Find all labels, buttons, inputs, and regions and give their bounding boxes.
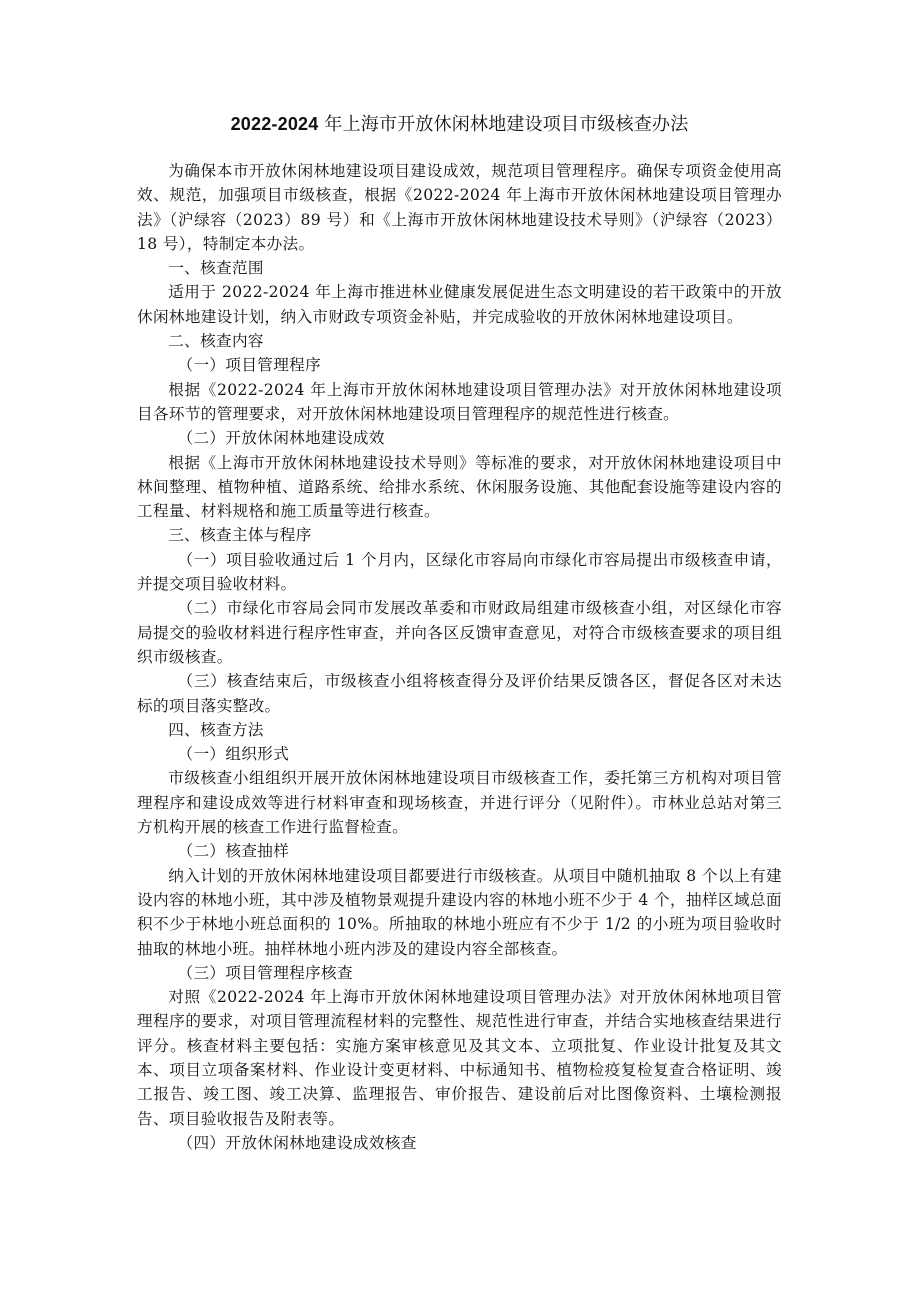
subsection-heading: （一）项目管理程序 (137, 353, 782, 377)
section-method: 四、核查方法 （一）组织形式 市级核查小组组织开展开放休闲林地建设项目市级核查工… (137, 718, 782, 1155)
section-scope: 一、核查范围 适用于 2022-2024 年上海市推进林业健康发展促进生态文明建… (137, 256, 782, 329)
intro-paragraph: 为确保本市开放休闲林地建设项目建设成效，规范项目管理程序。确保专项资金使用高效、… (137, 159, 782, 256)
title-text: 年上海市开放休闲林地建设项目市级核查办法 (318, 114, 688, 135)
section-procedure: 三、核查主体与程序 （一）项目验收通过后 1 个月内，区绿化市容局向市绿化市容局… (137, 523, 782, 717)
section-heading: 三、核查主体与程序 (137, 523, 782, 547)
section-heading: 二、核查内容 (137, 329, 782, 353)
subsection-paragraph: 纳入计划的开放休闲林地建设项目都要进行市级核查。从项目中随机抽取 8 个以上有建… (137, 864, 782, 961)
title-year: 2022-2024 (231, 114, 319, 134)
procedure-item: （二）市绿化市容局会同市发展改革委和市财政局组建市级核查小组，对区绿化市容局提交… (137, 596, 782, 669)
subsection-heading: （一）组织形式 (137, 742, 782, 766)
subsection-heading: （二）核查抽样 (137, 839, 782, 863)
section-heading: 四、核查方法 (137, 718, 782, 742)
section-content: 二、核查内容 （一）项目管理程序 根据《2022-2024 年上海市开放休闲林地… (137, 329, 782, 523)
subsection-paragraph: 根据《上海市开放休闲林地建设技术导则》等标准的要求，对开放休闲林地建设项目中林间… (137, 451, 782, 524)
subsection-paragraph: 市级核查小组组织开展开放休闲林地建设项目市级核查工作，委托第三方机构对项目管理程… (137, 766, 782, 839)
subsection-heading: （四）开放休闲林地建设成效核查 (137, 1131, 782, 1155)
document-page: 2022-2024 年上海市开放休闲林地建设项目市级核查办法 为确保本市开放休闲… (137, 110, 782, 1155)
document-title: 2022-2024 年上海市开放休闲林地建设项目市级核查办法 (137, 110, 782, 139)
procedure-item: （三）核查结束后，市级核查小组将核查得分及评价结果反馈各区，督促各区对未达标的项… (137, 669, 782, 718)
subsection-paragraph: 对照《2022-2024 年上海市开放休闲林地建设项目管理办法》对开放休闲林地项… (137, 985, 782, 1131)
subsection-heading: （三）项目管理程序核查 (137, 961, 782, 985)
subsection-heading: （二）开放休闲林地建设成效 (137, 426, 782, 450)
section-paragraph: 适用于 2022-2024 年上海市推进林业健康发展促进生态文明建设的若干政策中… (137, 280, 782, 329)
subsection-paragraph: 根据《2022-2024 年上海市开放休闲林地建设项目管理办法》对开放休闲林地建… (137, 378, 782, 427)
procedure-item: （一）项目验收通过后 1 个月内，区绿化市容局向市绿化市容局提出市级核查申请，并… (137, 548, 782, 597)
section-heading: 一、核查范围 (137, 256, 782, 280)
